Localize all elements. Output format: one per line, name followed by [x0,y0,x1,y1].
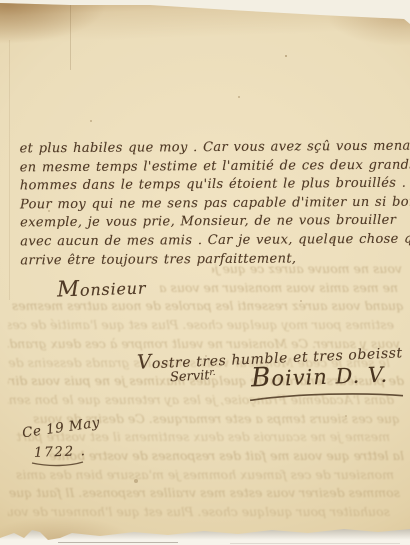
bleedthrough-line: estimes pour moy quelque chose. Plus est… [8,316,394,335]
paper-speckles [285,55,287,57]
closing-servant: Servitr. [170,368,216,385]
date-year: 1722 . [34,443,87,461]
signature-boivin: Boivin D. V. [251,359,389,394]
scan-artifact-line [230,543,400,544]
bleedthrough-line: ne mes amis vous monsieur ne vous aurez … [160,279,398,298]
letter-body-line: avec aucun de mes amis . Car je veux, qu… [20,231,408,252]
bleedthrough-line: souhaiter pour quelque chose. Plus est q… [8,503,390,522]
closing-servant-superscript: r. [209,368,216,378]
bleedthrough-line: monsieur de ces fameux hommes je m'assur… [8,466,394,485]
scan-background: vous ne mouve aurez ce que je tiens ne m… [0,0,410,545]
scan-artifact-line [58,542,178,543]
letter-body-line: et plus habiles que moy . Car vous avez … [20,138,408,159]
bleedthrough-line: sommes desirer vous estes mes vrailles r… [8,484,400,503]
letter-page: vous ne mouve aurez ce que je tiens ne m… [0,0,410,545]
salutation-monsieur: Monsieur [57,274,147,302]
price-annotation: S.300. [370,5,403,19]
fold-crease [70,0,71,70]
year-underline [30,460,86,468]
closing-servant-word: Servit [170,368,210,385]
letter-body-line: hommes dans le temps qu'ils étoient le p… [20,175,408,196]
letter-body: et plus habiles que moy . Car vous avez … [20,138,409,271]
letter-body-line: arrive être toujours tres parfaittement, [20,249,408,270]
